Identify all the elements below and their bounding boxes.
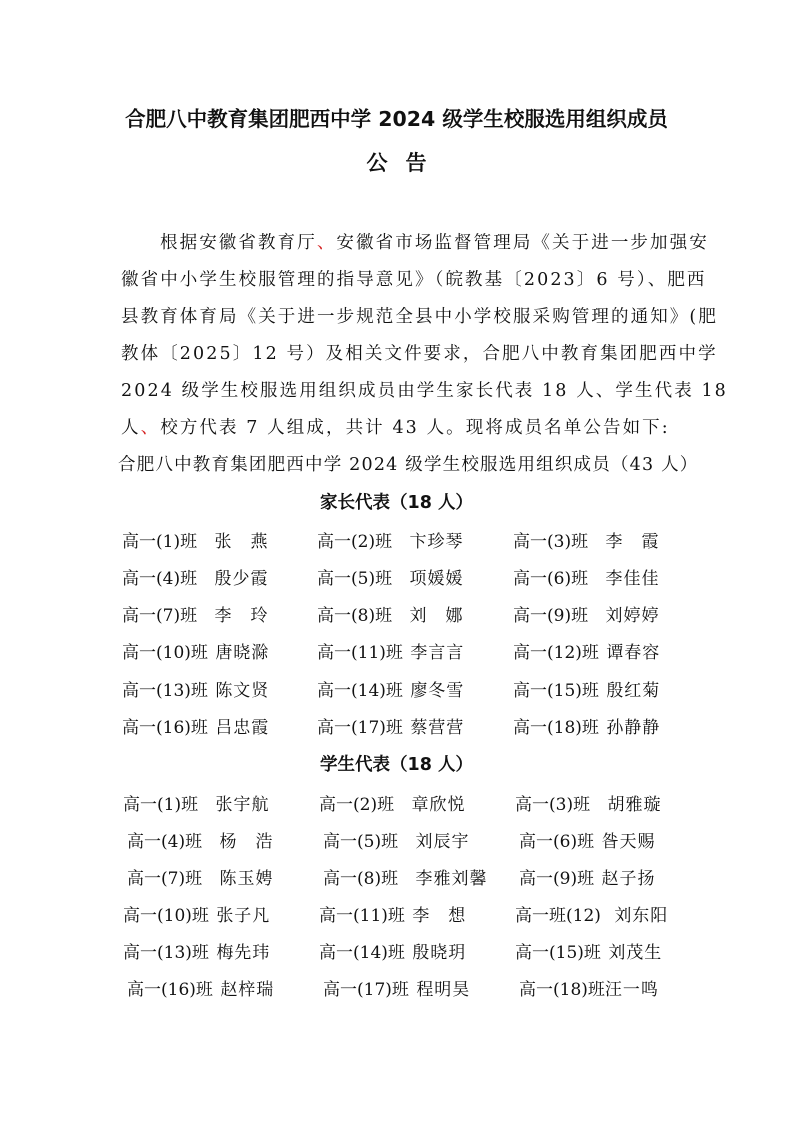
class-label: 高一(17)班 <box>323 975 409 1000</box>
member-entry: 高一(1)班 张宇航 <box>123 790 270 815</box>
member-name: 刘东阳 <box>614 901 668 926</box>
class-label: 高一(7)班 <box>122 601 197 626</box>
member-name: 张 燕 <box>215 527 269 552</box>
member-name: 陈文贤 <box>215 676 269 701</box>
text-segment: 安徽省市场监督管理局《关于进一步加强安 <box>336 233 708 253</box>
class-label: 高一(16)班 <box>122 713 208 738</box>
class-label: 高一(11)班 <box>319 901 405 926</box>
class-label: 高一班(12) <box>515 901 601 926</box>
class-label: 高一(1)班 <box>122 527 197 552</box>
member-entry: 高一(3)班 胡雅璇 <box>515 790 662 815</box>
class-label: 高一(8)班 <box>317 601 392 626</box>
paragraph-line-1: 根据安徽省教育厅、安徽省市场监督管理局《关于进一步加强安 <box>160 229 673 254</box>
member-name: 项媛媛 <box>410 564 464 589</box>
member-name: 杨 浩 <box>220 827 274 852</box>
class-label: 高一(2)班 <box>319 790 394 815</box>
member-entry: 高一(16)班 吕忠霞 <box>122 713 269 738</box>
parents-row: 高一(7)班 李 玲 高一(8)班 刘 娜 高一(9)班 刘婷婷 <box>0 601 793 625</box>
member-entry: 高一(17)班 程明昊 <box>323 975 470 1000</box>
member-entry: 高一(11)班 李言言 <box>317 638 464 663</box>
member-name: 李雅刘馨 <box>416 864 488 889</box>
member-entry: 高一(16)班 赵梓瑞 <box>127 975 274 1000</box>
member-entry: 高一(15)班 殷红菊 <box>513 676 660 701</box>
member-entry: 高一(14)班 殷晓玥 <box>319 938 466 963</box>
parents-row: 高一(4)班 殷少霞 高一(5)班 项媛媛 高一(6)班 李佳佳 <box>0 564 793 588</box>
member-name: 赵梓瑞 <box>220 975 274 1000</box>
member-entry: 高一(13)班 梅先玮 <box>123 938 270 963</box>
member-entry: 高一(3)班 李 霞 <box>513 527 660 552</box>
class-label: 高一(16)班 <box>127 975 213 1000</box>
member-name: 汪一鸣 <box>605 975 659 1000</box>
member-name: 唐晓滁 <box>215 638 269 663</box>
member-name: 李 想 <box>412 901 466 926</box>
member-entry: 高一(6)班 李佳佳 <box>513 564 660 589</box>
paragraph-line-4: 教体〔2025〕12 号）及相关文件要求，合肥八中教育集团肥西中学 <box>121 340 673 365</box>
students-heading: 学生代表（18 人） <box>0 751 793 776</box>
member-name: 章欣悦 <box>412 790 466 815</box>
parents-row: 高一(10)班 唐晓滁 高一(11)班 李言言 高一(12)班 谭春容 <box>0 638 793 662</box>
member-entry: 高一(8)班 李雅刘馨 <box>323 864 488 889</box>
class-label: 高一(5)班 <box>323 827 398 852</box>
member-entry: 高一(9)班 赵子扬 <box>519 864 656 889</box>
document-title: 合肥八中教育集团肥西中学 2024 级学生校服选用组织成员 <box>0 102 793 132</box>
document-page: 合肥八中教育集团肥西中学 2024 级学生校服选用组织成员 公告 根据安徽省教育… <box>0 0 793 1122</box>
class-label: 高一(12)班 <box>513 638 599 663</box>
member-name: 赵子扬 <box>602 864 656 889</box>
member-name: 蔡营营 <box>410 713 464 738</box>
paragraph-line-3: 县教育体育局《关于进一步规范全县中小学校服采购管理的通知》(肥 <box>121 303 673 328</box>
class-label: 高一(7)班 <box>127 864 202 889</box>
class-label: 高一(1)班 <box>123 790 198 815</box>
member-entry: 高一(18)班汪一鸣 <box>519 975 659 1000</box>
member-name: 张宇航 <box>216 790 270 815</box>
member-name: 陈玉娉 <box>220 864 274 889</box>
class-label: 高一(6)班 <box>519 827 594 852</box>
member-name: 刘茂生 <box>608 938 662 963</box>
member-entry: 高一(1)班 张 燕 <box>122 527 269 552</box>
parents-heading: 家长代表（18 人） <box>0 489 793 514</box>
class-label: 高一(9)班 <box>513 601 588 626</box>
paragraph-line-5: 2024 级学生校服选用组织成员由学生家长代表 18 人、学生代表 18 <box>121 377 673 402</box>
class-label: 高一(17)班 <box>317 713 403 738</box>
class-label: 高一(13)班 <box>122 676 208 701</box>
students-row: 高一(13)班 梅先玮 高一(14)班 殷晓玥 高一(15)班 刘茂生 <box>0 938 793 962</box>
students-row: 高一(1)班 张宇航 高一(2)班 章欣悦 高一(3)班 胡雅璇 <box>0 790 793 814</box>
member-name: 昝天赐 <box>602 827 656 852</box>
member-entry: 高一(5)班 项媛媛 <box>317 564 464 589</box>
member-entry: 高一(8)班 刘 娜 <box>317 601 464 626</box>
parents-row: 高一(13)班 陈文贤 高一(14)班 廖冬雪 高一(15)班 殷红菊 <box>0 676 793 700</box>
class-label: 高一(3)班 <box>513 527 588 552</box>
member-entry: 高一(12)班 谭春容 <box>513 638 660 663</box>
class-label: 高一(10)班 <box>122 638 208 663</box>
class-label: 高一(9)班 <box>519 864 594 889</box>
class-label: 高一(6)班 <box>513 564 588 589</box>
member-entry: 高一(10)班 唐晓滁 <box>122 638 269 663</box>
member-name: 梅先玮 <box>216 938 270 963</box>
member-name: 刘辰宇 <box>416 827 470 852</box>
member-entry: 高一(14)班 廖冬雪 <box>317 676 464 701</box>
member-name: 李 霞 <box>606 527 660 552</box>
text-segment: 人 <box>121 418 141 438</box>
students-row: 高一(4)班 杨 浩 高一(5)班 刘辰宇 高一(6)班 昝天赐 <box>0 827 793 851</box>
class-label: 高一(5)班 <box>317 564 392 589</box>
class-label: 高一(8)班 <box>323 864 398 889</box>
red-mark: 、 <box>317 233 337 253</box>
member-entry: 高一(2)班 卞珍琴 <box>317 527 464 552</box>
member-entry: 高一(15)班 刘茂生 <box>515 938 662 963</box>
class-label: 高一(13)班 <box>123 938 209 963</box>
member-name: 张子凡 <box>216 901 270 926</box>
member-name: 刘婷婷 <box>606 601 660 626</box>
member-entry: 高一(4)班 殷少霞 <box>122 564 269 589</box>
parents-row: 高一(1)班 张 燕 高一(2)班 卞珍琴 高一(3)班 李 霞 <box>0 527 793 551</box>
member-name: 胡雅璇 <box>608 790 662 815</box>
member-name: 卞珍琴 <box>410 527 464 552</box>
parents-row: 高一(16)班 吕忠霞 高一(17)班 蔡营营 高一(18)班 孙静静 <box>0 713 793 737</box>
member-name: 殷少霞 <box>215 564 269 589</box>
member-name: 程明昊 <box>416 975 470 1000</box>
paragraph-line-7: 合肥八中教育集团肥西中学 2024 级学生校服选用组织成员（43 人） <box>118 451 670 476</box>
member-name: 李言言 <box>410 638 464 663</box>
member-entry: 高一(17)班 蔡营营 <box>317 713 464 738</box>
member-entry: 高一(4)班 杨 浩 <box>127 827 274 852</box>
class-label: 高一(18)班 <box>519 975 605 1000</box>
member-name: 刘 娜 <box>410 601 464 626</box>
class-label: 高一(15)班 <box>513 676 599 701</box>
students-row: 高一(16)班 赵梓瑞 高一(17)班 程明昊 高一(18)班汪一鸣 <box>0 975 793 999</box>
students-row: 高一(10)班 张子凡 高一(11)班 李 想 高一班(12) 刘东阳 <box>0 901 793 925</box>
member-entry: 高一(7)班 李 玲 <box>122 601 269 626</box>
class-label: 高一(3)班 <box>515 790 590 815</box>
member-name: 李佳佳 <box>606 564 660 589</box>
class-label: 高一(2)班 <box>317 527 392 552</box>
paragraph-line-2: 徽省中小学生校服管理的指导意见》（皖教基〔2023〕6 号）、肥西 <box>121 266 673 291</box>
member-entry: 高一班(12) 刘东阳 <box>515 901 668 926</box>
member-entry: 高一(10)班 张子凡 <box>123 901 270 926</box>
member-name: 孙静静 <box>606 713 660 738</box>
class-label: 高一(15)班 <box>515 938 601 963</box>
red-mark: 、 <box>141 418 161 438</box>
member-name: 殷红菊 <box>606 676 660 701</box>
member-entry: 高一(6)班 昝天赐 <box>519 827 656 852</box>
class-label: 高一(10)班 <box>123 901 209 926</box>
member-entry: 高一(5)班 刘辰宇 <box>323 827 470 852</box>
class-label: 高一(14)班 <box>317 676 403 701</box>
text-segment: 校方代表 7 人组成，共计 43 人。现将成员名单公告如下: <box>160 418 670 438</box>
class-label: 高一(18)班 <box>513 713 599 738</box>
member-name: 殷晓玥 <box>412 938 466 963</box>
member-entry: 高一(13)班 陈文贤 <box>122 676 269 701</box>
class-label: 高一(4)班 <box>122 564 197 589</box>
member-entry: 高一(7)班 陈玉娉 <box>127 864 274 889</box>
member-name: 谭春容 <box>606 638 660 663</box>
students-row: 高一(7)班 陈玉娉 高一(8)班 李雅刘馨 高一(9)班 赵子扬 <box>0 864 793 888</box>
member-entry: 高一(9)班 刘婷婷 <box>513 601 660 626</box>
class-label: 高一(4)班 <box>127 827 202 852</box>
member-entry: 高一(11)班 李 想 <box>319 901 466 926</box>
class-label: 高一(11)班 <box>317 638 403 663</box>
paragraph-line-6: 人、校方代表 7 人组成，共计 43 人。现将成员名单公告如下: <box>121 414 673 439</box>
member-name: 李 玲 <box>215 601 269 626</box>
class-label: 高一(14)班 <box>319 938 405 963</box>
member-entry: 高一(18)班 孙静静 <box>513 713 660 738</box>
member-name: 吕忠霞 <box>215 713 269 738</box>
text-segment: 根据安徽省教育厅 <box>160 233 317 253</box>
document-subtitle: 公告 <box>0 147 793 177</box>
member-entry: 高一(2)班 章欣悦 <box>319 790 466 815</box>
member-name: 廖冬雪 <box>410 676 464 701</box>
